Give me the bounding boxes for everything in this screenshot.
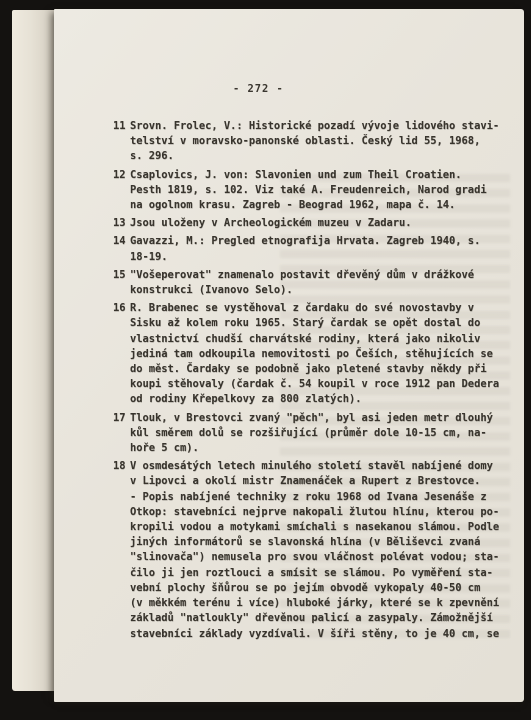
footnote-number: 11 bbox=[113, 119, 130, 165]
footnote-item: 18 V osmdesátých letech minulého století… bbox=[113, 459, 513, 641]
footnote-list: 11 Srovn. Frolec, V.: Historické pozadí … bbox=[113, 119, 513, 642]
footnote-number: 18 bbox=[113, 459, 130, 641]
footnote-text: V osmdesátých letech minulého století st… bbox=[130, 459, 499, 641]
footnote-item: 15 "Vošeperovat" znamenalo postavit dřev… bbox=[113, 268, 513, 298]
footnote-number: 12 bbox=[113, 168, 130, 214]
footnote-item: 17 Tlouk, v Brestovci zvaný "pěch", byl … bbox=[113, 411, 513, 457]
scanned-page: - 272 - 11 Srovn. Frolec, V.: Historické… bbox=[54, 9, 524, 702]
footnote-text: Gavazzi, M.: Pregled etnografija Hrvata.… bbox=[130, 234, 480, 264]
footnote-text: Csaplovics, J. von: Slavonien und zum Th… bbox=[130, 168, 487, 214]
footnote-text: "Vošeperovat" znamenalo postavit dřevěný… bbox=[130, 268, 474, 298]
footnote-item: 12 Csaplovics, J. von: Slavonien und zum… bbox=[113, 168, 513, 214]
page-number: - 272 - bbox=[233, 82, 284, 97]
footnote-number: 13 bbox=[113, 216, 130, 231]
footnote-text: R. Brabenec se vystěhoval z čardaku do s… bbox=[130, 301, 499, 407]
footnote-item: 14 Gavazzi, M.: Pregled etnografija Hrva… bbox=[113, 234, 513, 264]
footnote-number: 16 bbox=[113, 301, 130, 407]
footnote-item: 16 R. Brabenec se vystěhoval z čardaku d… bbox=[113, 301, 513, 407]
footnote-text: Srovn. Frolec, V.: Historické pozadí výv… bbox=[130, 119, 499, 165]
underlying-page-edge bbox=[12, 10, 55, 691]
footnote-item: 13 Jsou uloženy v Archeologickém muzeu v… bbox=[113, 216, 513, 231]
footnote-number: 14 bbox=[113, 234, 130, 264]
footnote-number: 17 bbox=[113, 411, 130, 457]
footnote-text: Jsou uloženy v Archeologickém muzeu v Za… bbox=[130, 216, 412, 231]
footnote-text: Tlouk, v Brestovci zvaný "pěch", byl asi… bbox=[130, 411, 493, 457]
footnote-number: 15 bbox=[113, 268, 130, 298]
footnote-item: 11 Srovn. Frolec, V.: Historické pozadí … bbox=[113, 119, 513, 165]
